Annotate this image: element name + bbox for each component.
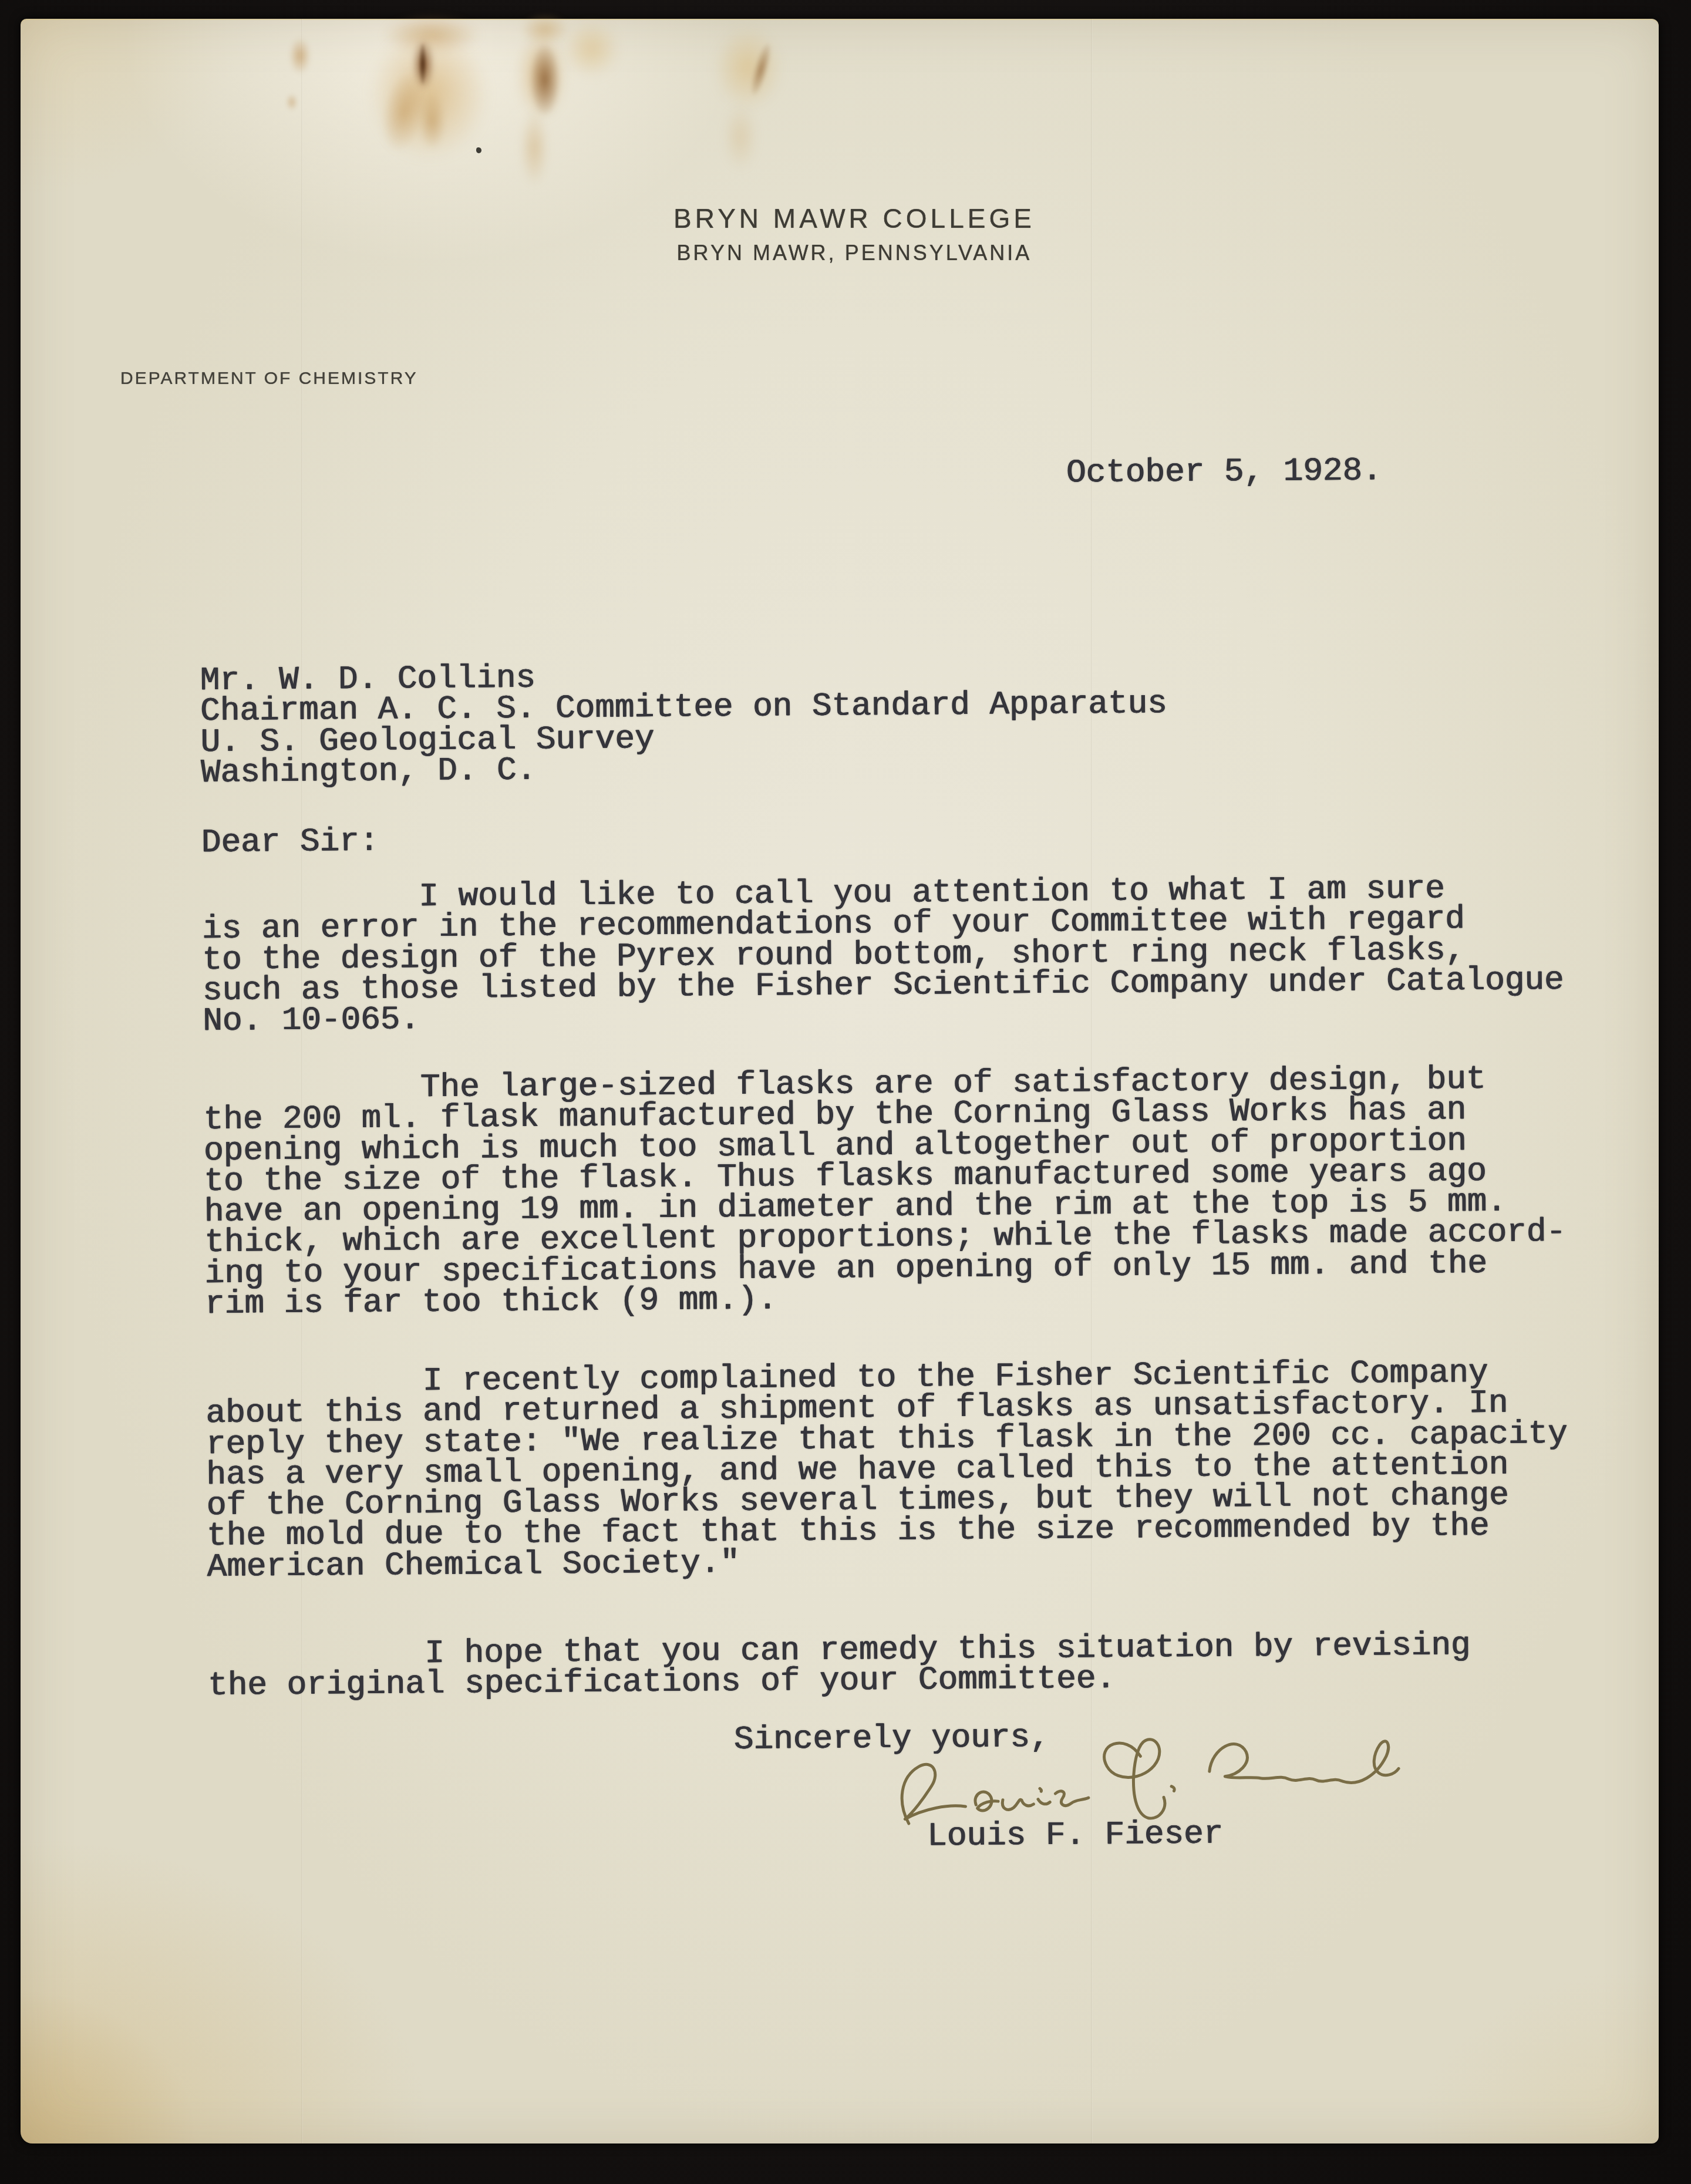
body-paragraph-1: I would like to call you attention to wh… — [202, 872, 1565, 1037]
handwritten-signature-louis-f-fieser — [866, 1718, 1424, 1853]
letter-date: October 5, 1928. — [1066, 455, 1382, 488]
letter-page: BRYN MAWR COLLEGE BRYN MAWR, PENNSYLVANI… — [21, 19, 1659, 2143]
scan-background: BRYN MAWR COLLEGE BRYN MAWR, PENNSYLVANI… — [0, 0, 1691, 2184]
body-paragraph-3: I recently complained to the Fisher Scie… — [206, 1357, 1569, 1582]
body-paragraph-2: The large-sized flasks are of satisfacto… — [203, 1063, 1567, 1320]
recipient-address: Mr. W. D. Collins Chairman A. C. S. Comm… — [200, 658, 1168, 788]
salutation: Dear Sir: — [201, 826, 379, 858]
body-paragraph-4: I hope that you can remedy this situatio… — [208, 1630, 1471, 1701]
